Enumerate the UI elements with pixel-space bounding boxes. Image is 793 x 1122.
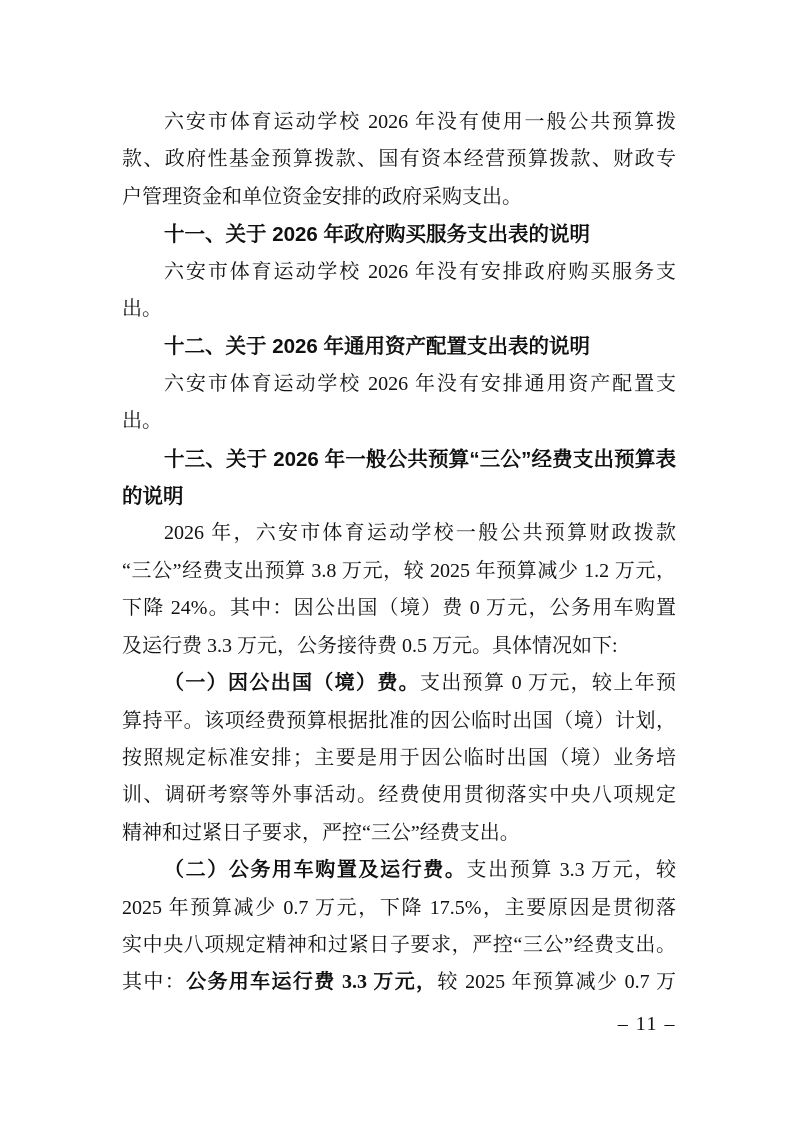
text-run: 款、政府性基金预算拨款、国有资本经营预算拨款、财政专 <box>122 148 676 170</box>
text-run: 十一、关于 2026 年政府购买服务支出表的说明 <box>164 223 590 246</box>
text-run: 及运行费 3.3 万元，公务接待费 0.5 万元。具体情况如下: <box>122 635 618 657</box>
body-line: 六安市体育运动学校 2026 年没有使用一般公共预算拨 <box>122 104 676 141</box>
text-run: 下降 24%。其中：因公出国（境）费 0 万元，公务用车购置 <box>122 597 676 619</box>
text-run: 十三、关于 2026 年一般公共预算“三公”经费支出预算表 <box>164 448 676 471</box>
text-run: （一）因公出国（境）费。 <box>164 672 420 694</box>
body-line: 及运行费 3.3 万元，公务接待费 0.5 万元。具体情况如下: <box>122 628 676 665</box>
text-run: 出。 <box>122 410 162 432</box>
body-line: 六安市体育运动学校 2026 年没有安排通用资产配置支 <box>122 366 676 403</box>
body-line: （二）公务用车购置及运行费。支出预算 3.3 万元，较 <box>122 852 676 889</box>
text-run: 训、调研考察等外事活动。经费使用贯彻落实中央八项规定 <box>122 784 676 806</box>
text-run: 公务用车运行费 3.3 万元， <box>186 971 437 993</box>
text-run: 十二、关于 2026 年通用资产配置支出表的说明 <box>164 335 590 358</box>
text-run: 的说明 <box>122 485 184 508</box>
body-line: 精神和过紧日子要求，严控“三公”经费支出。 <box>122 815 676 852</box>
body-line: 按照规定标准安排；主要是用于因公临时出国（境）业务培 <box>122 740 676 777</box>
text-run: 较 2025 年预算减少 0.7 万 <box>437 971 676 993</box>
document-page: 六安市体育运动学校 2026 年没有使用一般公共预算拨 款、政府性基金预算拨款、… <box>0 0 793 1122</box>
text-run: 其中： <box>122 971 186 993</box>
text-run: （二）公务用车购置及运行费。 <box>164 859 467 881</box>
text-run: 支出预算 0 万元，较上年预 <box>420 672 676 694</box>
body-line: 六安市体育运动学校 2026 年没有安排政府购买服务支 <box>122 254 676 291</box>
body-line: 算持平。该项经费预算根据批准的因公临时出国（境）计划， <box>122 703 676 740</box>
text-run: 户管理资金和单位资金安排的政府采购支出。 <box>122 186 522 208</box>
text-run: 六安市体育运动学校 2026 年没有安排政府购买服务支 <box>164 261 676 283</box>
body-line: 下降 24%。其中：因公出国（境）费 0 万元，公务用车购置 <box>122 590 676 627</box>
body-line: 实中央八项规定精神和过紧日子要求，严控“三公”经费支出。 <box>122 927 676 964</box>
body-line: （一）因公出国（境）费。支出预算 0 万元，较上年预 <box>122 665 676 702</box>
text-run: 2026 年，六安市体育运动学校一般公共预算财政拨款 <box>164 522 676 544</box>
text-run: 支出预算 3.3 万元，较 <box>467 859 676 881</box>
text-run: 实中央八项规定精神和过紧日子要求，严控“三公”经费支出。 <box>122 934 676 956</box>
body-line: “三公”经费支出预算 3.8 万元，较 2025 年预算减少 1.2 万元， <box>122 553 676 590</box>
text-run: 出。 <box>122 298 162 320</box>
document-body: 六安市体育运动学校 2026 年没有使用一般公共预算拨 款、政府性基金预算拨款、… <box>122 104 676 1002</box>
body-line: 户管理资金和单位资金安排的政府采购支出。 <box>122 179 676 216</box>
text-run: 六安市体育运动学校 2026 年没有安排通用资产配置支 <box>164 373 676 395</box>
text-run: 按照规定标准安排；主要是用于因公临时出国（境）业务培 <box>122 747 676 769</box>
heading-section-12: 十二、关于 2026 年通用资产配置支出表的说明 <box>122 328 676 365</box>
text-run: 精神和过紧日子要求，严控“三公”经费支出。 <box>122 822 520 844</box>
text-run: 2025 年预算减少 0.7 万元，下降 17.5%，主要原因是贯彻落 <box>122 897 676 919</box>
text-run: “三公”经费支出预算 3.8 万元，较 2025 年预算减少 1.2 万元， <box>122 560 676 582</box>
body-line: 出。 <box>122 291 676 328</box>
body-line: 出。 <box>122 403 676 440</box>
heading-section-13-line-2: 的说明 <box>122 478 676 515</box>
body-line: 款、政府性基金预算拨款、国有资本经营预算拨款、财政专 <box>122 141 676 178</box>
heading-section-13-line-1: 十三、关于 2026 年一般公共预算“三公”经费支出预算表 <box>122 441 676 478</box>
text-run: 算持平。该项经费预算根据批准的因公临时出国（境）计划， <box>122 710 676 732</box>
body-line: 2025 年预算减少 0.7 万元，下降 17.5%，主要原因是贯彻落 <box>122 890 676 927</box>
body-line: 2026 年，六安市体育运动学校一般公共预算财政拨款 <box>122 515 676 552</box>
text-run: 六安市体育运动学校 2026 年没有使用一般公共预算拨 <box>164 111 676 133</box>
heading-section-11: 十一、关于 2026 年政府购买服务支出表的说明 <box>122 216 676 253</box>
body-line: 其中：公务用车运行费 3.3 万元，较 2025 年预算减少 0.7 万 <box>122 964 676 1001</box>
page-number: – 11 – <box>618 1013 676 1036</box>
body-line: 训、调研考察等外事活动。经费使用贯彻落实中央八项规定 <box>122 777 676 814</box>
